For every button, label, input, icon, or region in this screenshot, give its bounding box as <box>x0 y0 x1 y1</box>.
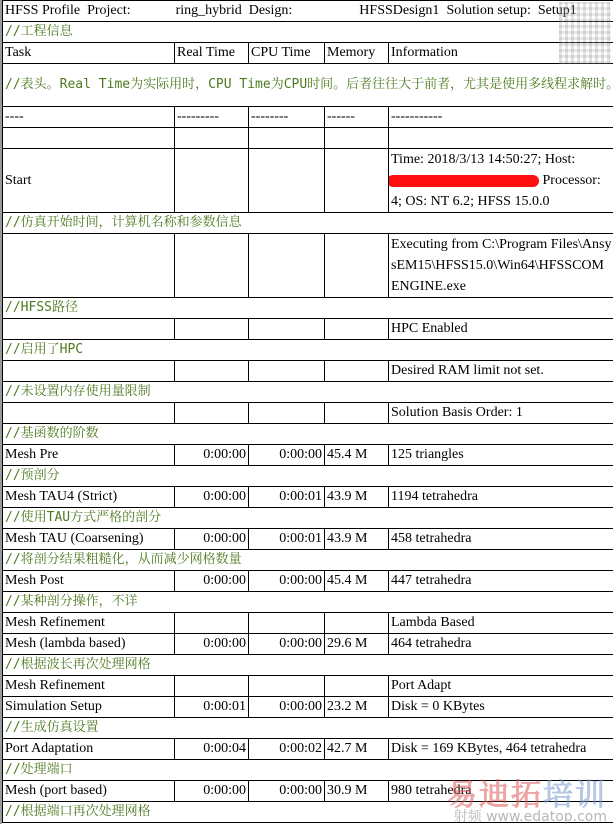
memory-cell: 45.4 M <box>325 571 389 592</box>
comment-text: //工程信息 <box>3 22 613 43</box>
info-cell: 125 triangles <box>389 445 613 466</box>
real-time-cell: 0:00:00 <box>175 781 249 802</box>
task-cell: Mesh Refinement <box>3 613 175 634</box>
comment-row: //生成仿真设置 <box>3 718 613 739</box>
dash-cell: ------ <box>325 107 389 128</box>
table-row: Mesh Refinement Port Adapt <box>3 676 613 697</box>
host-line: Processor: <box>391 170 612 191</box>
dash-cell: ---- <box>3 107 175 128</box>
comment-row: //基函数的阶数 <box>3 424 613 445</box>
table-row: Mesh Refinement Lambda Based <box>3 613 613 634</box>
info-cell: 458 tetrahedra <box>389 529 613 550</box>
real-time-cell: 0:00:00 <box>175 529 249 550</box>
dash-cell: --------- <box>175 107 249 128</box>
comment-row: //未设置内存使用量限制 <box>3 382 613 403</box>
qr-code-watermark <box>559 2 611 64</box>
info-cell: 464 tetrahedra <box>389 634 613 655</box>
memory-cell: 29.6 M <box>325 634 389 655</box>
comment-text: //未设置内存使用量限制 <box>3 382 613 403</box>
comment-row: //使用TAU方式严格的剖分 <box>3 508 613 529</box>
col-cpu-time: CPU Time <box>249 43 325 64</box>
cpu-time-cell: 0:00:00 <box>249 571 325 592</box>
memory-cell: 43.9 M <box>325 529 389 550</box>
project-value: ring_hybrid <box>176 3 242 18</box>
setup-label: Solution setup: <box>446 3 530 18</box>
comment-row: //仿真开始时间，计算机名称和参数信息 <box>3 213 613 234</box>
task-cell: Mesh Pre <box>3 445 175 466</box>
memory-cell: 30.9 M <box>325 781 389 802</box>
task-cell: Mesh TAU (Coarsening) <box>3 529 175 550</box>
info-cell: 1194 tetrahedra <box>389 487 613 508</box>
memory-cell: 23.2 M <box>325 697 389 718</box>
cpu-time-cell: 0:00:01 <box>249 529 325 550</box>
table-row: Mesh Pre 0:00:00 0:00:00 45.4 M 125 tria… <box>3 445 613 466</box>
cpu-time-cell: 0:00:00 <box>249 445 325 466</box>
real-time-cell <box>175 676 249 697</box>
real-time-cell: 0:00:00 <box>175 634 249 655</box>
cpu-time-cell: 0:00:01 <box>249 487 325 508</box>
table-row: Simulation Setup 0:00:01 0:00:00 23.2 M … <box>3 697 613 718</box>
real-time-cell: 0:00:00 <box>175 487 249 508</box>
comment-text: //启用了HPC <box>3 340 613 361</box>
processor-label: Processor: <box>543 173 601 188</box>
table-row: Mesh TAU (Coarsening) 0:00:00 0:00:01 43… <box>3 529 613 550</box>
info-cell: Time: 2018/3/13 14:50:27; Host: Processo… <box>389 149 613 213</box>
comment-text: //基函数的阶数 <box>3 424 613 445</box>
memory-cell: 42.7 M <box>325 739 389 760</box>
report-frame: HFSS Profile Project: ring_hybrid Design… <box>0 0 613 824</box>
comment-row: //启用了HPC <box>3 340 613 361</box>
real-time-cell: 0:00:04 <box>175 739 249 760</box>
info-cell: 447 tetrahedra <box>389 571 613 592</box>
cpu-time-cell: 0:00:02 <box>249 739 325 760</box>
comment-row: //表头。Real Time为实际用时，CPU Time为CPU时间。后者往往大… <box>3 64 613 107</box>
info-cell: Executing from C:\Program Files\AnsysEM1… <box>389 234 613 298</box>
comment-text: //表头。Real Time为实际用时，CPU Time为CPU时间。后者往往大… <box>3 64 613 107</box>
info-cell: Port Adapt <box>389 676 613 697</box>
real-time-cell <box>175 613 249 634</box>
comment-row: //HFSS路径 <box>3 298 613 319</box>
task-cell: Mesh (port based) <box>3 781 175 802</box>
table-row-basis: Solution Basis Order: 1 <box>3 403 613 424</box>
table-row-hpc: HPC Enabled <box>3 319 613 340</box>
dash-row: ---- --------- -------- ------ ---------… <box>3 107 613 128</box>
col-real-time: Real Time <box>175 43 249 64</box>
info-cell: Disk = 169 KBytes, 464 tetrahedra <box>389 739 613 760</box>
memory-cell <box>325 613 389 634</box>
profile-header: HFSS Profile Project: ring_hybrid Design… <box>3 1 613 22</box>
task-cell: Start <box>3 149 175 213</box>
cpu-time-cell: 0:00:00 <box>249 634 325 655</box>
hfss-profile-table: HFSS Profile Project: ring_hybrid Design… <box>2 0 613 823</box>
table-row-start: Start Time: 2018/3/13 14:50:27; Host: Pr… <box>3 149 613 213</box>
table-row: Mesh TAU4 (Strict) 0:00:00 0:00:01 43.9 … <box>3 487 613 508</box>
table-row: Mesh (lambda based) 0:00:00 0:00:00 29.6… <box>3 634 613 655</box>
task-cell: Simulation Setup <box>3 697 175 718</box>
task-cell: Mesh Post <box>3 571 175 592</box>
table-row-exec: Executing from C:\Program Files\AnsysEM1… <box>3 234 613 298</box>
comment-text: //HFSS路径 <box>3 298 613 319</box>
comment-row: //工程信息 <box>3 22 613 43</box>
col-task: Task <box>3 43 175 64</box>
dash-cell: ----------- <box>389 107 613 128</box>
real-time-cell: 0:00:00 <box>175 445 249 466</box>
memory-cell: 43.9 M <box>325 487 389 508</box>
os-version: 4; OS: NT 6.2; HFSS 15.0.0 <box>391 191 612 212</box>
task-cell: Mesh TAU4 (Strict) <box>3 487 175 508</box>
column-header-row: Task Real Time CPU Time Memory Informati… <box>3 43 613 64</box>
memory-cell: 45.4 M <box>325 445 389 466</box>
design-value: HFSSDesign1 <box>359 3 439 18</box>
task-cell: Mesh Refinement <box>3 676 175 697</box>
cpu-time-cell <box>249 613 325 634</box>
redaction-mark <box>389 175 540 187</box>
comment-text: //使用TAU方式严格的剖分 <box>3 508 613 529</box>
table-row-ram: Desired RAM limit not set. <box>3 361 613 382</box>
info-cell: Disk = 0 KBytes <box>389 697 613 718</box>
project-label: Project: <box>87 3 131 18</box>
task-cell: Mesh (lambda based) <box>3 634 175 655</box>
real-time-cell: 0:00:01 <box>175 697 249 718</box>
info-cell: HPC Enabled <box>389 319 613 340</box>
table-row: Mesh Post 0:00:00 0:00:00 45.4 M 447 tet… <box>3 571 613 592</box>
design-label: Design: <box>249 3 293 18</box>
comment-text: //某种剖分操作，不详 <box>3 592 613 613</box>
info-cell: Solution Basis Order: 1 <box>389 403 613 424</box>
comment-text: //根据波长再次处理网格 <box>3 655 613 676</box>
real-time-cell: 0:00:00 <box>175 571 249 592</box>
title-row: HFSS Profile Project: ring_hybrid Design… <box>3 1 613 22</box>
col-memory: Memory <box>325 43 389 64</box>
profile-label: HFSS Profile <box>5 3 80 18</box>
comment-text: //将剖分结果粗糙化，从而减少网格数量 <box>3 550 613 571</box>
cpu-time-cell: 0:00:00 <box>249 781 325 802</box>
dash-cell: -------- <box>249 107 325 128</box>
cpu-time-cell <box>249 676 325 697</box>
info-cell: Lambda Based <box>389 613 613 634</box>
cpu-time-cell: 0:00:00 <box>249 697 325 718</box>
table-row: Port Adaptation 0:00:04 0:00:02 42.7 M D… <box>3 739 613 760</box>
site-watermark: 射频 www.edatop.com <box>454 806 607 824</box>
comment-row: //将剖分结果粗糙化，从而减少网格数量 <box>3 550 613 571</box>
info-cell: Desired RAM limit not set. <box>389 361 613 382</box>
memory-cell <box>325 676 389 697</box>
comment-text: //仿真开始时间，计算机名称和参数信息 <box>3 213 613 234</box>
comment-row: //预剖分 <box>3 466 613 487</box>
comment-text: //生成仿真设置 <box>3 718 613 739</box>
task-cell: Port Adaptation <box>3 739 175 760</box>
comment-row: //根据波长再次处理网格 <box>3 655 613 676</box>
comment-row: //某种剖分操作，不详 <box>3 592 613 613</box>
start-time-host: Time: 2018/3/13 14:50:27; Host: <box>391 149 612 170</box>
comment-text: //预剖分 <box>3 466 613 487</box>
empty-row <box>3 128 613 149</box>
